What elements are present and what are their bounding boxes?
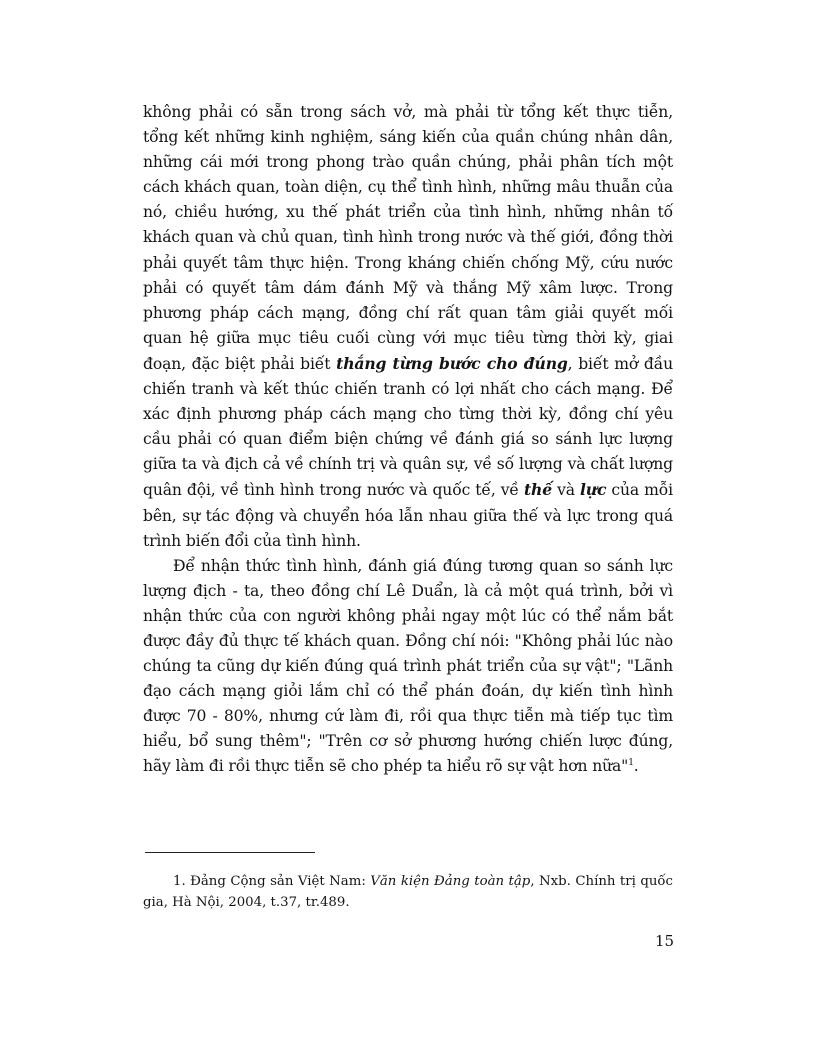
- text-run: không phải có sẵn trong sách vở, mà phải…: [143, 103, 673, 373]
- text-run: , biết mở đầu chiến tranh và kết thúc ch…: [143, 355, 673, 499]
- text-run: và: [552, 481, 580, 499]
- body-text: không phải có sẵn trong sách vở, mà phải…: [143, 100, 673, 780]
- footnote-divider: [145, 852, 315, 853]
- footnote-entry: 1. Đảng Cộng sản Việt Nam: Văn kiện Đảng…: [143, 871, 673, 913]
- footnote-title: Văn kiện Đảng toàn tập: [370, 874, 530, 889]
- text-run: Để nhận thức tình hình, đánh giá đúng tư…: [143, 557, 673, 776]
- footnote-author: Đảng Cộng sản Việt Nam:: [186, 874, 371, 889]
- page-body: không phải có sẵn trong sách vở, mà phải…: [143, 100, 673, 780]
- footnote-number: 1.: [173, 874, 186, 889]
- paragraph-1: không phải có sẵn trong sách vở, mà phải…: [143, 100, 673, 554]
- paragraph-2: Để nhận thức tình hình, đánh giá đúng tư…: [143, 554, 673, 780]
- text-run: .: [634, 757, 639, 775]
- emphasis-text: thế: [524, 480, 552, 499]
- page-number: 15: [655, 932, 674, 950]
- emphasis-text: lực: [580, 480, 606, 499]
- footnote: 1. Đảng Cộng sản Việt Nam: Văn kiện Đảng…: [143, 871, 673, 913]
- emphasis-text: thắng từng bước cho đúng: [336, 354, 568, 373]
